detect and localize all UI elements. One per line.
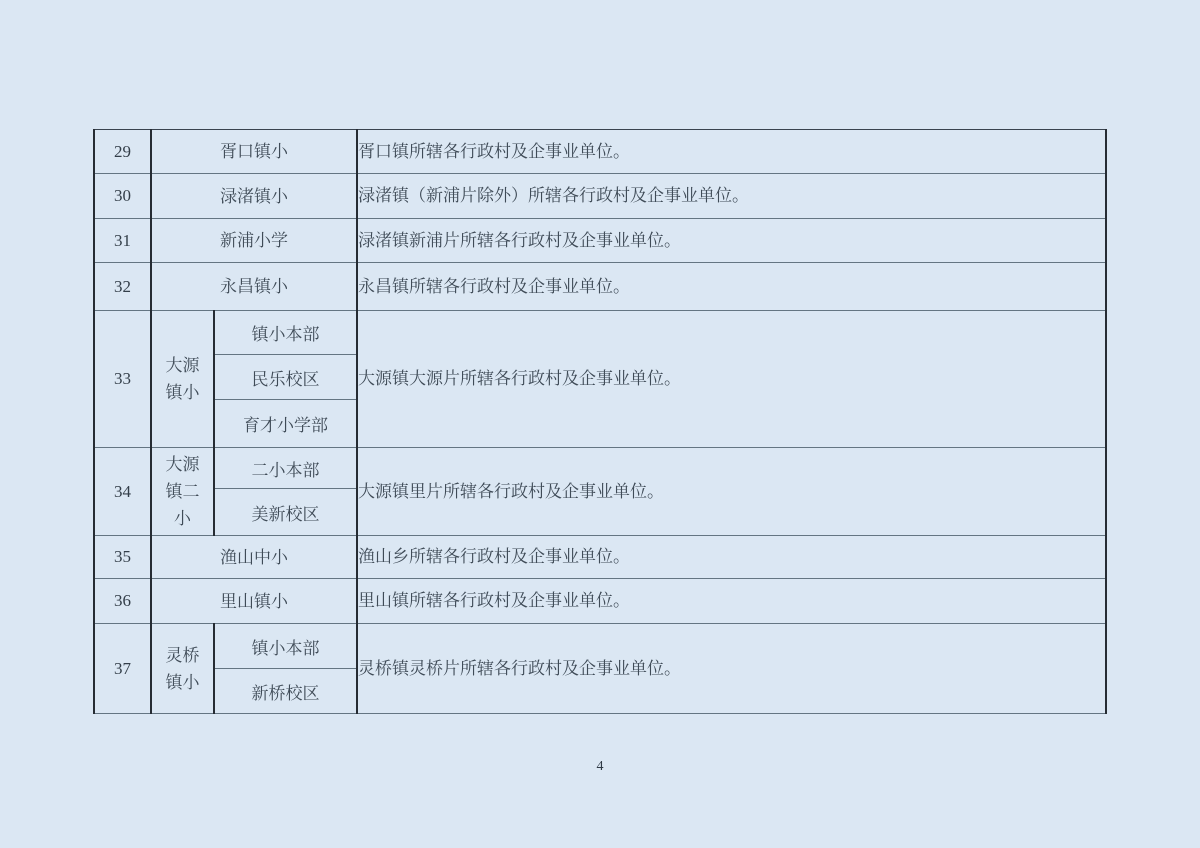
district-desc-cell: 大源镇大源片所辖各行政村及企事业单位。 <box>357 311 1106 448</box>
table-row: 29 胥口镇小 胥口镇所辖各行政村及企事业单位。 <box>94 130 1106 174</box>
school-name-text: 灵桥镇小 <box>164 642 201 696</box>
school-name-cell: 里山镇小 <box>151 579 357 624</box>
campus-cell: 二小本部 <box>214 448 357 489</box>
campus-cell: 美新校区 <box>214 489 357 536</box>
row-number-cell: 32 <box>94 263 151 311</box>
row-number-cell: 35 <box>94 536 151 579</box>
campus-cell: 镇小本部 <box>214 311 357 355</box>
page-number: 4 <box>0 759 1200 775</box>
district-desc-cell: 渔山乡所辖各行政村及企事业单位。 <box>357 536 1106 579</box>
table-row: 30 渌渚镇小 渌渚镇（新浦片除外）所辖各行政村及企事业单位。 <box>94 174 1106 219</box>
school-name-text: 大源镇二小 <box>164 451 201 532</box>
row-number-cell: 36 <box>94 579 151 624</box>
table-row: 36 里山镇小 里山镇所辖各行政村及企事业单位。 <box>94 579 1106 624</box>
row-number-cell: 33 <box>94 311 151 448</box>
table-row: 31 新浦小学 渌渚镇新浦片所辖各行政村及企事业单位。 <box>94 219 1106 263</box>
row-number-cell: 31 <box>94 219 151 263</box>
document-page: 29 胥口镇小 胥口镇所辖各行政村及企事业单位。 30 渌渚镇小 渌渚镇（新浦片… <box>0 0 1200 848</box>
campus-cell: 镇小本部 <box>214 624 357 669</box>
table-row: 33 大源镇小 镇小本部 大源镇大源片所辖各行政村及企事业单位。 <box>94 311 1106 355</box>
school-name-cell: 渌渚镇小 <box>151 174 357 219</box>
school-district-table: 29 胥口镇小 胥口镇所辖各行政村及企事业单位。 30 渌渚镇小 渌渚镇（新浦片… <box>93 129 1107 714</box>
district-desc-cell: 渌渚镇新浦片所辖各行政村及企事业单位。 <box>357 219 1106 263</box>
table-row: 32 永昌镇小 永昌镇所辖各行政村及企事业单位。 <box>94 263 1106 311</box>
school-name-cell: 大源镇二小 <box>151 448 214 536</box>
campus-cell: 民乐校区 <box>214 355 357 400</box>
row-number-cell: 34 <box>94 448 151 536</box>
school-name-cell: 胥口镇小 <box>151 130 357 174</box>
school-name-text: 大源镇小 <box>164 352 201 406</box>
table-row: 34 大源镇二小 二小本部 大源镇里片所辖各行政村及企事业单位。 <box>94 448 1106 489</box>
table-row: 35 渔山中小 渔山乡所辖各行政村及企事业单位。 <box>94 536 1106 579</box>
school-name-cell: 永昌镇小 <box>151 263 357 311</box>
district-desc-cell: 永昌镇所辖各行政村及企事业单位。 <box>357 263 1106 311</box>
district-desc-cell: 胥口镇所辖各行政村及企事业单位。 <box>357 130 1106 174</box>
district-desc-cell: 里山镇所辖各行政村及企事业单位。 <box>357 579 1106 624</box>
campus-cell: 新桥校区 <box>214 669 357 714</box>
school-name-cell: 灵桥镇小 <box>151 624 214 714</box>
table-row: 37 灵桥镇小 镇小本部 灵桥镇灵桥片所辖各行政村及企事业单位。 <box>94 624 1106 669</box>
campus-cell: 育才小学部 <box>214 400 357 448</box>
school-name-cell: 渔山中小 <box>151 536 357 579</box>
row-number-cell: 29 <box>94 130 151 174</box>
row-number-cell: 30 <box>94 174 151 219</box>
district-desc-cell: 灵桥镇灵桥片所辖各行政村及企事业单位。 <box>357 624 1106 714</box>
district-desc-cell: 渌渚镇（新浦片除外）所辖各行政村及企事业单位。 <box>357 174 1106 219</box>
district-desc-cell: 大源镇里片所辖各行政村及企事业单位。 <box>357 448 1106 536</box>
school-name-cell: 大源镇小 <box>151 311 214 448</box>
school-name-cell: 新浦小学 <box>151 219 357 263</box>
row-number-cell: 37 <box>94 624 151 714</box>
